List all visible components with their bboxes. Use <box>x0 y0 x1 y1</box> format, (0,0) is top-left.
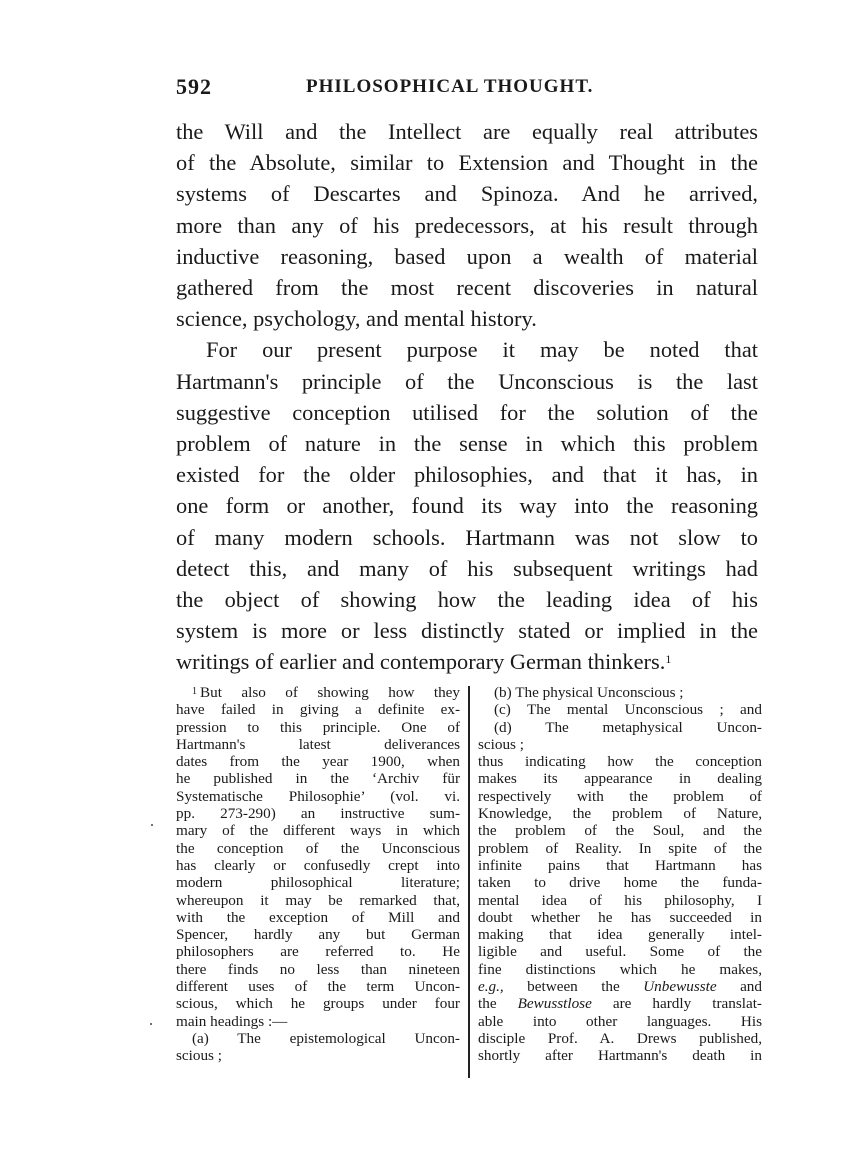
footnote-line: fine distinctions which he makes, <box>478 961 762 978</box>
text-line-content: writings of earlier and contemporary Ger… <box>176 649 665 674</box>
footnote-line-content: are hardly translat- <box>592 995 762 1012</box>
footnote-line: pression to this principle. One of <box>176 719 460 736</box>
footnote-line: have failed in giving a definite ex- <box>176 701 460 718</box>
italic-term: Bewusstlose <box>518 995 592 1012</box>
footnote-line: shortly after Hartmann's death in <box>478 1047 762 1064</box>
footnote-line: 1But also of showing how they <box>176 684 460 701</box>
italic-term: Unbewusste <box>643 978 716 995</box>
footnote-line: Spencer, hardly any but German <box>176 926 460 943</box>
text-line: problem of nature in the sense in which … <box>176 428 758 459</box>
footnote-line: different uses of the term Uncon- <box>176 978 460 995</box>
footnote-line: doubt whether he has succeeded in <box>478 909 762 926</box>
footnote-reference[interactable]: 1 <box>665 652 671 666</box>
text-line: suggestive conception utilised for the s… <box>176 397 758 428</box>
footnote-line: pp. 273-290) an instructive sum- <box>176 805 460 822</box>
footnote-line: main headings :— <box>176 1013 460 1030</box>
footnote-left-column: 1But also of showing how they have faile… <box>176 684 460 1065</box>
footnote-line-italic: e.g., between the Unbewusste and <box>478 978 762 995</box>
footnote-line: (a) The epistemological Uncon- <box>176 1030 460 1047</box>
footnote-line: dates from the year 1900, when <box>176 753 460 770</box>
text-line: gathered from the most recent discoverie… <box>176 272 758 303</box>
footnote-line: disciple Prof. A. Drews published, <box>478 1030 762 1047</box>
footnote-line: whereupon it may be remarked that, <box>176 892 460 909</box>
footnote-line: taken to drive home the funda- <box>478 874 762 891</box>
text-line: systems of Descartes and Spinoza. And he… <box>176 178 758 209</box>
footnote-right-column: (b) The physical Unconscious ; (c) The m… <box>478 684 762 1065</box>
italic-term: e.g., <box>478 978 504 995</box>
running-head: 592 PHILOSOPHICAL THOUGHT. <box>176 74 758 104</box>
footnote-area: 1But also of showing how they have faile… <box>176 684 762 1084</box>
text-line: For our present purpose it may be noted … <box>176 334 758 365</box>
footnote-line: with the exception of Mill and <box>176 909 460 926</box>
footnote-line-content: and <box>717 978 762 995</box>
footnote-line: he published in the ‘Archiv für <box>176 770 460 787</box>
scan-speck <box>150 1023 152 1025</box>
footnote-line: there finds no less than nineteen <box>176 961 460 978</box>
footnote-line: makes its appearance in dealing <box>478 770 762 787</box>
text-line: one form or another, found its way into … <box>176 490 758 521</box>
footnote-line: (d) The metaphysical Uncon- <box>478 719 762 736</box>
text-line: of the Absolute, similar to Extension an… <box>176 147 758 178</box>
footnote-line: Knowledge, the problem of Nature, <box>478 805 762 822</box>
text-line: system is more or less distinctly stated… <box>176 615 758 646</box>
footnote-line-content: the <box>478 995 518 1012</box>
footnote-line: infinite pains that Hartmann has <box>478 857 762 874</box>
text-line: more than any of his predecessors, at hi… <box>176 210 758 241</box>
footnote-line: the problem of the Soul, and the <box>478 822 762 839</box>
footnote-marker: 1 <box>192 686 197 697</box>
footnote-line: (b) The physical Unconscious ; <box>478 684 762 701</box>
main-text: the Will and the Intellect are equally r… <box>176 116 758 678</box>
text-line: existed for the older philosophies, and … <box>176 459 758 490</box>
text-line: the Will and the Intellect are equally r… <box>176 116 758 147</box>
book-page: 592 PHILOSOPHICAL THOUGHT. the Will and … <box>0 0 850 1150</box>
footnote-line-italic: the Bewusstlose are hardly translat- <box>478 995 762 1012</box>
footnote-line: has clearly or confusedly crept into <box>176 857 460 874</box>
text-line: writings of earlier and contemporary Ger… <box>176 646 758 677</box>
footnote-line-content: But also of showing how they <box>200 684 460 701</box>
footnote-line: Hartmann's latest deliverances <box>176 736 460 753</box>
footnote-line: ligible and useful. Some of the <box>478 943 762 960</box>
footnote-line: Systematische Philosophie’ (vol. vi. <box>176 788 460 805</box>
running-title: PHILOSOPHICAL THOUGHT. <box>306 76 593 98</box>
text-line: Hartmann's principle of the Unconscious … <box>176 366 758 397</box>
footnote-line: able into other languages. His <box>478 1013 762 1030</box>
footnote-line: respectively with the problem of <box>478 788 762 805</box>
footnote-line: thus indicating how the conception <box>478 753 762 770</box>
footnote-line: making that idea generally intel- <box>478 926 762 943</box>
footnote-line: scious, which he groups under four <box>176 995 460 1012</box>
footnote-line: scious ; <box>478 736 762 753</box>
footnote-line: modern philosophical literature; <box>176 874 460 891</box>
text-line: the object of showing how the leading id… <box>176 584 758 615</box>
paragraph-1: the Will and the Intellect are equally r… <box>176 116 758 334</box>
text-line: of many modern schools. Hartmann was not… <box>176 522 758 553</box>
footnote-line: mental idea of his philosophy, I <box>478 892 762 909</box>
text-line: inductive reasoning, based upon a wealth… <box>176 241 758 272</box>
paragraph-2: For our present purpose it may be noted … <box>176 334 758 677</box>
text-line: detect this, and many of his subsequent … <box>176 553 758 584</box>
page-number: 592 <box>176 74 212 100</box>
footnote-line: mary of the different ways in which <box>176 822 460 839</box>
column-divider <box>468 686 470 1078</box>
footnote-line: (c) The mental Unconscious ; and <box>478 701 762 718</box>
footnote-line: the conception of the Unconscious <box>176 840 460 857</box>
text-line: science, psychology, and mental history. <box>176 303 758 334</box>
footnote-line: scious ; <box>176 1047 460 1064</box>
footnote-line-content: between the <box>504 978 643 995</box>
scan-speck <box>151 824 153 826</box>
footnote-line: problem of Reality. In spite of the <box>478 840 762 857</box>
footnote-line: philosophers are referred to. He <box>176 943 460 960</box>
